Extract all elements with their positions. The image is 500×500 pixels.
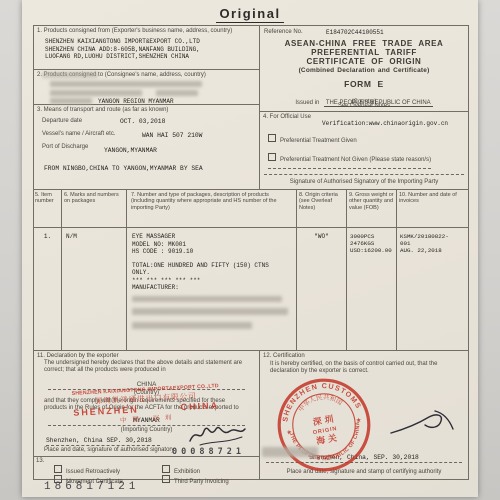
departure-date-value: OCT. 03,2018	[120, 118, 165, 125]
box4-signature-caption: Signature of Authorised Signatory of the…	[260, 179, 468, 186]
seal-center-origin: ORIGIN	[312, 426, 337, 436]
col-header-quantity: 9. Gross weight or other quantity and va…	[347, 190, 397, 228]
box11-declaration: 11. Declaration by the exporter The unde…	[34, 350, 260, 456]
bottom-serial-number: 186817121	[44, 481, 139, 493]
seal-star-left: ★	[286, 429, 293, 437]
title-line1: ASEAN-CHINA FREE TRADE AREA	[260, 39, 468, 48]
copy-title-text: Original	[216, 6, 283, 23]
svg-text:SHENZHEN CUSTOMS: SHENZHEN CUSTOMS	[275, 374, 364, 423]
invoice-number1: KSMK/20180822-	[400, 233, 468, 240]
desc-total2: ONLY.	[132, 269, 296, 277]
certificate-paper: Original 1. Products consigned from (Exp…	[22, 0, 478, 497]
vessel-value: WAN HAI 507 210W	[142, 132, 202, 139]
box4-official-use: 4. For Official Use Verification:www.chi…	[260, 112, 468, 190]
redaction-bar	[132, 308, 288, 315]
col-header-marks: 6. Marks and numbers on packages	[62, 190, 127, 228]
box2-consignee: 2. Products consigned to (Consignee's na…	[34, 70, 260, 105]
seal-center-customs: 海 关	[315, 432, 338, 447]
seal-center-city: 深 圳	[312, 413, 335, 428]
checkbox-third-party-invoicing[interactable]	[162, 475, 170, 483]
title-line4: (Combined Declaration and Certificate)	[260, 66, 468, 75]
exporter-line1: SHENZHEN KAIXIANGTONG IMPORT&EXPORT CO.,…	[45, 38, 256, 46]
table-header-row: 5. Item number 6. Marks and numbers on p…	[34, 190, 468, 228]
declaration-para2: and that they comply with the origin req…	[44, 398, 248, 412]
qty-value: USD:16200.00	[350, 247, 396, 254]
cell-quantity: 3000PCS 2476KGS USD:16200.00	[347, 228, 397, 350]
cell-item-number: 1.	[34, 228, 62, 350]
title-line3: CERTIFICATE OF ORIGIN	[260, 57, 468, 66]
svg-text:中华人民共和国: 中华人民共和国	[294, 389, 346, 415]
form-e-label: FORM E	[260, 79, 468, 89]
importing-country-caption: (Importing Country)	[34, 427, 259, 434]
invoice-number2: 001	[400, 240, 468, 247]
qty-pieces: 3000PCS	[350, 233, 396, 240]
certificate-form: 1. Products consigned from (Exporter's b…	[33, 25, 469, 480]
option1-label: Preferential Treatment Given	[280, 138, 357, 144]
box12-label: 12. Certification	[263, 353, 465, 360]
box11-caption: Place and date, signature of authorised …	[44, 447, 174, 454]
cell-origin-criteria: "WO"	[297, 228, 347, 350]
box12-certification: 12. Certification It is hereby certified…	[260, 350, 468, 479]
col-header-item: 5. Item number	[34, 190, 62, 228]
importing-country: MYANMAR	[34, 417, 259, 424]
reference-number: E184702C44100551	[326, 29, 384, 36]
certifier-signature	[385, 403, 457, 443]
seal-star-right: ★	[355, 417, 362, 425]
desc-hscode: HS CODE : 9019.10	[132, 248, 296, 256]
redaction-bar	[132, 296, 282, 302]
redaction-bar	[50, 98, 92, 104]
checkbox-preferential-not-given[interactable]	[268, 153, 276, 161]
option2-label: Preferential Treatment Not Given (Please…	[280, 157, 431, 163]
box1-exporter: 1. Products consigned from (Exporter's b…	[34, 26, 260, 70]
desc-product: EYE MASSAGER	[132, 233, 296, 241]
redaction-bar	[50, 90, 142, 96]
seal-top-text: SHENZHEN CUSTOMS	[275, 374, 364, 423]
redaction-bar	[50, 81, 202, 87]
seal-inner-text: 中华人民共和国	[294, 389, 346, 415]
col-header-packages: 7. Number and type of packages, descript…	[127, 190, 297, 228]
port-label: Port of Discharge	[42, 144, 88, 151]
cell-description: EYE MASSAGER MODEL NO: MK001 HS CODE : 9…	[127, 228, 297, 350]
stamped-control-number: 00088721	[172, 447, 245, 457]
cb4-label: Third Party Invoicing	[174, 479, 229, 485]
desc-model: MODEL NO: MK001	[132, 241, 296, 249]
declaration-para1: The undersigned hereby declares that the…	[44, 360, 248, 374]
certification-para: It is hereby certified, on the basis of …	[270, 361, 460, 375]
departure-date-label: Departure date	[42, 118, 82, 125]
desc-stars: *** *** *** *** ***	[132, 277, 296, 285]
checkbox-preferential-given[interactable]	[268, 134, 276, 142]
header-title-block: Reference No. E184702C44100551 ASEAN-CHI…	[260, 26, 468, 112]
box3-label: 3. Means of transport and route (as far …	[37, 107, 256, 114]
verification-url: Verification:www.chinaorigin.gov.cn	[322, 120, 448, 127]
port-value: YANGON,MYANMAR	[104, 147, 157, 154]
produced-in-country: CHINA	[34, 381, 259, 388]
signature-dashed-line	[264, 174, 464, 175]
qty-weight: 2476KGS	[350, 240, 396, 247]
redaction-bar	[132, 322, 252, 329]
table-body-row: 1. N/M EYE MASSAGER MODEL NO: MK001 HS C…	[34, 228, 468, 350]
col-header-origin: 8. Origin criteria (see Overleaf Notes)	[297, 190, 347, 228]
box13-label: 13.	[36, 458, 44, 465]
col-header-invoices: 10. Number and date of invoices	[397, 190, 468, 228]
redaction-bar	[262, 447, 318, 457]
dashed-line	[48, 425, 245, 426]
invoice-date: AUG. 22,2018	[400, 247, 468, 254]
copy-title: Original	[22, 5, 478, 23]
box13-options: 13. Issued Retroactively Exhibition Move…	[34, 456, 260, 479]
country-caption: (Country)	[34, 390, 259, 397]
exporter-line3: LUOFANG RD,LUOHU DISTRICT,SHENZHEN CHINA	[45, 53, 256, 61]
desc-manufacturer: MANUFACTURER:	[132, 284, 296, 292]
box11-place-date: Shenzhen, China SEP. 30,2018	[46, 437, 160, 446]
exporter-line2: SHENZHEN CHINA ADD:8-605B,NANFANG BUILDI…	[45, 46, 256, 54]
redaction-bar	[42, 72, 98, 78]
cell-marks: N/M	[62, 228, 127, 350]
redaction-bar	[156, 90, 198, 96]
title-line2: PREFERENTIAL TARIFF	[260, 48, 468, 57]
overleaf-note: See Overleaf Notes	[260, 103, 468, 110]
vessel-label: Vessel's name / Aircraft etc.	[42, 131, 116, 138]
consignee-visible-text: YANGON REGION MYANMAR	[98, 98, 174, 105]
box1-label: 1. Products consigned from (Exporter's b…	[37, 28, 256, 35]
reference-label: Reference No.	[264, 29, 303, 36]
customs-seal-stamp: SHENZHEN CUSTOMS THE PEOPLE'S REPUBLIC O…	[268, 369, 379, 480]
desc-total: TOTAL:ONE HUNDRED AND FIFTY (150) CTNS	[132, 262, 296, 270]
box3-transport: 3. Means of transport and route (as far …	[34, 105, 260, 190]
box12-caption: Place and date, signature and stamp of c…	[260, 469, 468, 476]
cell-invoice: KSMK/20180822- 001 AUG. 22,2018	[397, 228, 468, 350]
route-line: FROM NINGBO,CHINA TO YANGON,MYANMAR BY S…	[44, 165, 203, 172]
